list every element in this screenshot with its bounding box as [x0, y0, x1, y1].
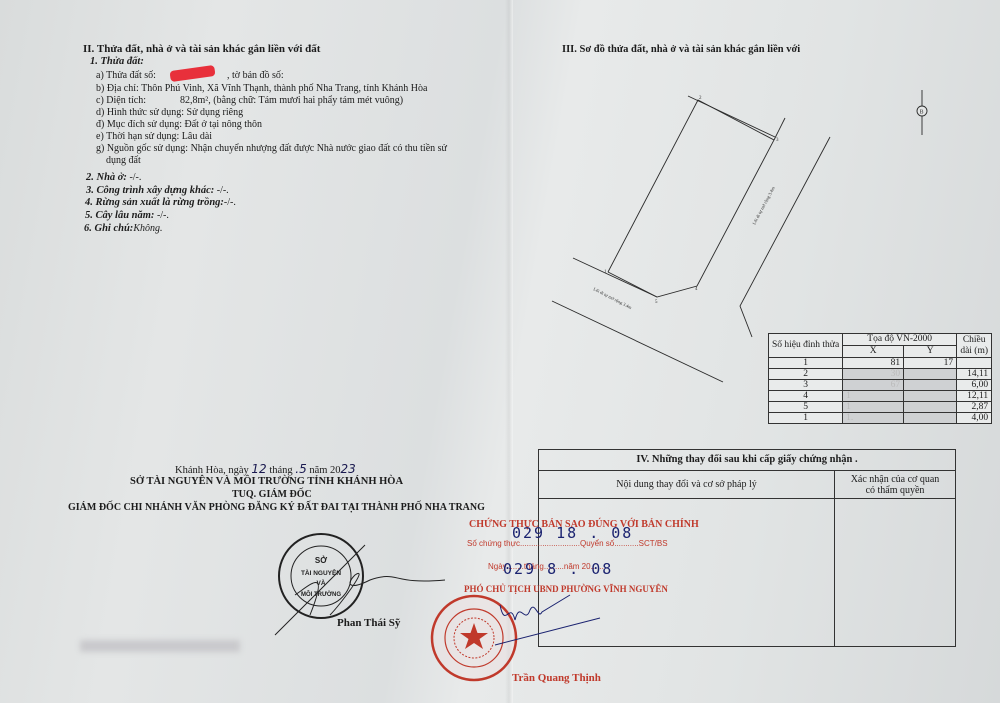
signer-name-1: Phan Thái Sỹ — [337, 617, 400, 629]
sign-tuq: TUQ. GIÁM ĐỐC — [232, 489, 312, 500]
header-vertex: Số hiệu đỉnh thửa — [769, 334, 843, 358]
table-row: 23014,11 — [769, 369, 992, 380]
signature-stroke-2 — [480, 590, 640, 650]
changes-col-content: Nội dung thay đổi và cơ sở pháp lý — [539, 471, 835, 498]
stamp-number-2: 029 8 . 08 — [503, 560, 613, 578]
table-row: 512,87 — [769, 402, 992, 413]
table-row: 4112,11 — [769, 391, 992, 402]
table-row: 18117 — [769, 358, 992, 369]
header-x: X — [843, 346, 904, 358]
vertex-3-label: 3 — [776, 138, 779, 143]
header-length: Chiều dài (m) — [957, 334, 992, 358]
changes-col-confirmation: Xác nhận của cơ quan có thẩm quyền — [835, 471, 955, 498]
sign-date: Khánh Hòa, ngày 12 tháng .5 năm 2023 — [175, 463, 356, 477]
section4-title: IV. Những thay đổi sau khi cấp giấy chứn… — [539, 450, 955, 471]
changes-confirmation-cell — [835, 499, 955, 646]
vertex-5-label: 5 — [655, 300, 658, 305]
stamp-number-1: 029 18 . 08 — [512, 524, 633, 542]
table-row: 11.4,00 — [769, 413, 992, 424]
coordinate-table: Số hiệu đỉnh thửa Tọa độ VN-2000 Chiều d… — [768, 333, 992, 424]
land-certificate-page: II. Thửa đất, nhà ở và tài sản khác gắn … — [0, 0, 1000, 703]
header-y: Y — [904, 346, 957, 358]
vertex-4-label: 4 — [695, 287, 698, 292]
sign-role: GIÁM ĐỐC CHI NHÁNH VĂN PHÒNG ĐĂNG KÝ ĐẤT… — [68, 502, 485, 513]
header-coords: Tọa độ VN-2000 — [843, 334, 957, 346]
blurred-text — [80, 640, 240, 652]
signer-name-2: Trần Quang Thịnh — [512, 672, 601, 684]
north-label: B — [920, 110, 924, 116]
vertex-1-label: 1 — [604, 270, 607, 275]
road-label-right: Lối đi tự mở rộng 3.4m — [751, 185, 776, 225]
road-label-bottom: Lối đi tự mở rộng 3.4m — [593, 286, 633, 310]
sign-org: SỞ TÀI NGUYÊN VÀ MÔI TRƯỜNG TỈNH KHÁNH H… — [130, 476, 403, 487]
vertex-2-label: 2 — [699, 96, 702, 101]
table-row: 3676,00 — [769, 380, 992, 391]
